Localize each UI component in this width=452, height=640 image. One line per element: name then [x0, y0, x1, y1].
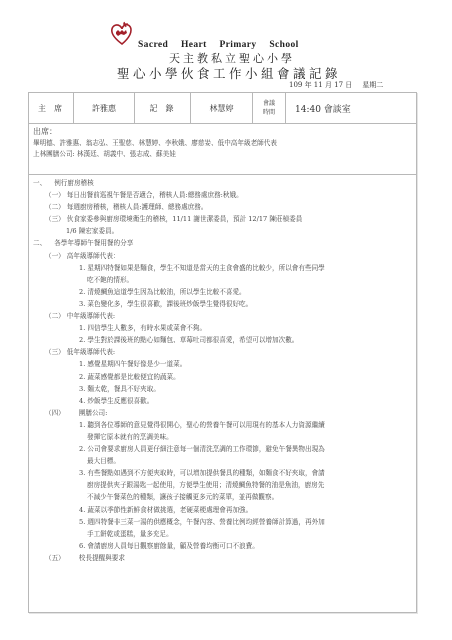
- list-item-continued: 手工餅乾或蛋糕，量多充足。: [33, 528, 416, 540]
- meeting-time-label: 會議 時間: [253, 93, 286, 123]
- attendance-staff: 畢明德、許雅惠、翁志弘、王聖慈、林慧婷、李秋娥、廖慈妛、低中高年級老師代表: [33, 138, 416, 149]
- section-heading: 一、例行廚房稽核: [33, 177, 416, 189]
- attendance-label: 出席：: [33, 126, 416, 138]
- list-item: 1. 星期四特餐如果是麵食，學生不知道是當天的主食會盛的比較少，所以會有些同學: [33, 262, 416, 274]
- subsection-heading: （四）團膳公司:: [33, 407, 416, 419]
- minutes-body: 一、例行廚房稽核 （一）每日出餐前巡視午餐是否適合，稽核人員:總務處庶務:秋娥。…: [29, 175, 416, 564]
- list-item: 4. 蔬菜以季節性新鮮食材做挑選，老硬菜梗處理會再加強。: [33, 504, 416, 516]
- list-item: 1. 聽到各位導師的意見覺得很開心，聖心的營養午餐可以用現有的基本人力資源繼續: [33, 419, 416, 431]
- subsection-heading: （二）中年級導師代表:: [33, 310, 416, 322]
- chair-label: 主席: [29, 93, 74, 123]
- time-label-line2: 時間: [263, 108, 275, 117]
- subsection-line: （三）伙食家委參與廚房環境衛生的稽核，11/11 謝世潔委員，預計 12/17 …: [33, 213, 416, 225]
- subsection-heading: （一）高年級導師代表：: [33, 250, 416, 262]
- subsection-heading: （五）校長提醒與要求: [33, 552, 416, 564]
- list-item: 2. 公司會要求廚房人員更仔細注意每一個清洗烹調的工作環節，避免午餐異物出現為: [33, 443, 416, 455]
- recorder-name: 林慧婷: [191, 93, 253, 123]
- attendance-section: 出席： 畢明德、許雅惠、翁志弘、王聖慈、林慧婷、李秋娥、廖慈妛、低中高年級老師代…: [29, 124, 416, 175]
- date-text: 109 年 11 月 17 日: [289, 81, 352, 89]
- sacred-heart-logo-icon: [110, 20, 134, 46]
- list-item: 3. 菜色變化多，學生很喜歡，課後班炒飯學生覺得很好吃。: [33, 298, 416, 310]
- list-item: 3. 有些餐點如遇到不方便夾取時，可以增加提供餐具的種類，如麵食不好夾取，會請: [33, 467, 416, 479]
- subsection-heading: （三）低年級導師代表:: [33, 346, 416, 358]
- list-item-continued: 發揮它原本就有的烹調美味。: [33, 431, 416, 443]
- recorder-label: 記錄: [135, 93, 191, 123]
- subsection-line-continued: 1/6 陳宏家委員。: [33, 225, 416, 237]
- meeting-date: 109 年 11 月 17 日星期二: [289, 80, 383, 90]
- school-name-english: Sacred Heart Primary School: [138, 40, 299, 50]
- list-item-continued: 不減少午餐菜色的種類，讓孩子接觸更多元的菜單，並再做觀察。: [33, 491, 416, 503]
- list-item: 6. 會請廚房人員每日觀察廚餘量，顧及營養均衡可口不浪費。: [33, 540, 416, 552]
- list-item: 2. 蔬菜感覺都是比較便宜的蔬菜。: [33, 371, 416, 383]
- list-item: 2. 清燒鯛魚這道學生因為比較油，所以學生比較不喜愛。: [33, 286, 416, 298]
- section-heading: 二、各學年導師午餐用餐的分享: [33, 237, 416, 249]
- list-item: 2. 學生對於課後班的點心如麵包、草莓吐司都很喜愛，希望可以增加次數。: [33, 334, 416, 346]
- list-item: 4. 炒飯學生反應很喜歡。: [33, 395, 416, 407]
- subsection-line: （一）每日出餐前巡視午餐是否適合，稽核人員:總務處庶務:秋娥。: [33, 189, 416, 201]
- subsection-line: （二）每週廚房稽核，稽核人員:護理師、總務處庶務。: [33, 201, 416, 213]
- list-item-continued: 廚房提供夾子跟湯匙一起使用，方便學生使用；清燒鯛魚特餐的油是魚油，廚房先: [33, 479, 416, 491]
- attendance-vendor: 上林團膳公司: 林漢廷、胡義中、張志成、蘇美娃: [33, 149, 416, 160]
- time-label-line1: 會議: [263, 99, 275, 108]
- document-header: Sacred Heart Primary School 天主教私立聖心小學 聖心…: [0, 0, 452, 92]
- list-item-continued: 吃不飽的情形。: [33, 274, 416, 286]
- meeting-time-value: 14:40 會談室: [286, 93, 416, 123]
- list-item: 5. 週四特餐非三菜一湯的供應概念，午餐內容、營養比例均經營養師計算過，再外加: [33, 516, 416, 528]
- list-item: 1. 感覺星期四午餐好像是少一道菜。: [33, 358, 416, 370]
- document-title: 聖心小學伙食工作小組會議記錄: [0, 64, 452, 82]
- meeting-meta-row: 主席 許雅惠 記錄 林慧婷 會議 時間 14:40 會談室: [29, 93, 416, 124]
- list-item-continued: 最大目標。: [33, 455, 416, 467]
- chair-name: 許雅惠: [74, 93, 135, 123]
- list-item: 1. 四信學生人數多，有時水果或菜會不夠。: [33, 322, 416, 334]
- weekday-text: 星期二: [362, 81, 383, 89]
- minutes-table: 主席 許雅惠 記錄 林慧婷 會議 時間 14:40 會談室 出席： 畢明德、許雅…: [28, 92, 417, 613]
- list-item: 3. 麵太乾，餐具不好夾取。: [33, 383, 416, 395]
